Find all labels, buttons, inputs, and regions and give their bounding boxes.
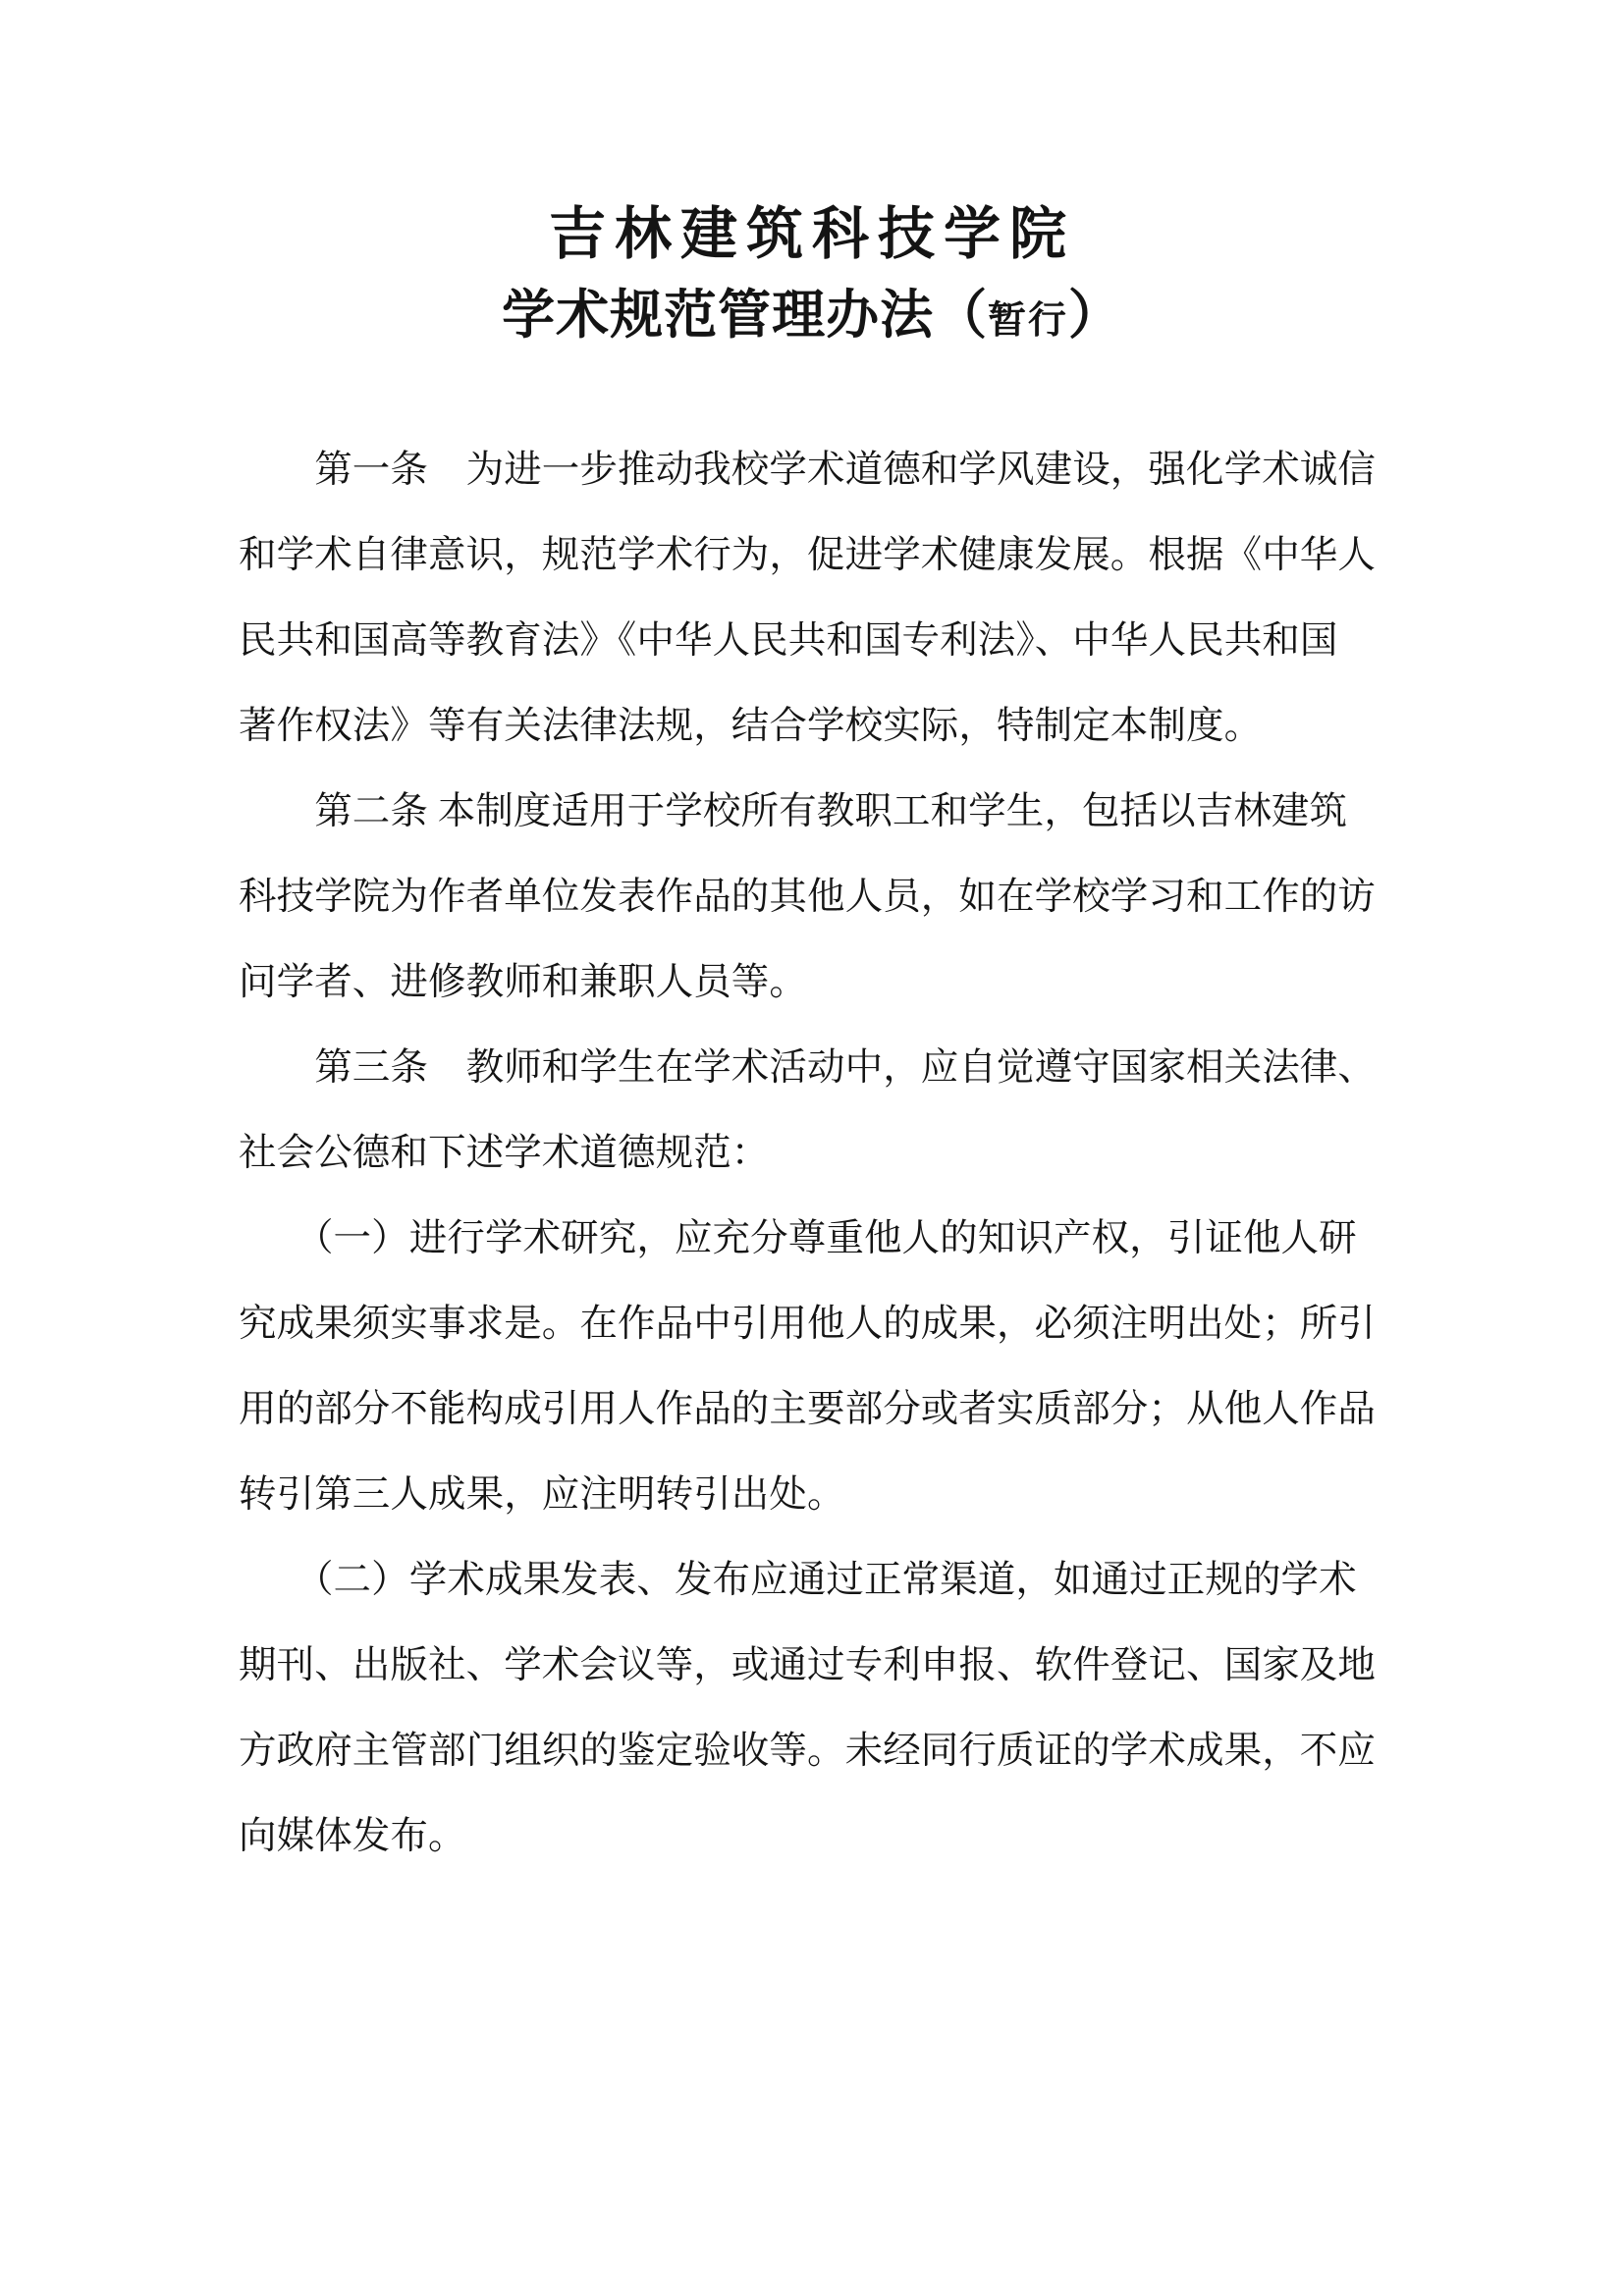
document-line: （一）进行学术研究，应充分尊重他人的知识产权，引证他人研: [239, 1197, 1397, 1282]
document-body: 第一条 为进一步推动我校学术道德和学风建设，强化学术诚信 和学术自律意识，规范学…: [239, 428, 1397, 1880]
document-page: 吉林建筑科技学院 学术规范管理办法（暂行） 第一条 为进一步推动我校学术道德和学…: [0, 0, 1624, 2296]
document-line: 科技学院为作者单位发表作品的其他人员，如在学校学习和工作的访: [239, 855, 1397, 940]
document-line: 究成果须实事求是。在作品中引用他人的成果，必须注明出处；所引: [239, 1282, 1397, 1367]
subtitle-paren-close: ）: [1068, 286, 1122, 345]
document-line: 社会公德和下述学术道德规范：: [239, 1111, 1397, 1197]
document-line: 第三条 教师和学生在学术活动中，应自觉遵守国家相关法律、: [239, 1026, 1397, 1111]
document-line: 第一条 为进一步推动我校学术道德和学风建设，强化学术诚信: [239, 428, 1397, 513]
subtitle-paren-text: 暂行: [988, 299, 1068, 342]
document-line: 期刊、出版社、学术会议等，或通过专利申报、软件登记、国家及地: [239, 1624, 1397, 1709]
document-line: 著作权法》等有关法律法规，结合学校实际，特制定本制度。: [239, 684, 1397, 770]
document-line: 问学者、进修教师和兼职人员等。: [239, 940, 1397, 1026]
document-line: 转引第三人成果，应注明转引出处。: [239, 1453, 1397, 1538]
document-line: （二）学术成果发表、发布应通过正常渠道，如通过正规的学术: [239, 1538, 1397, 1624]
document-title: 吉林建筑科技学院: [0, 200, 1624, 269]
document-subtitle: 学术规范管理办法（暂行）: [0, 283, 1624, 349]
subtitle-main-text: 学术规范管理办法: [502, 286, 934, 345]
document-line: 第二条 本制度适用于学校所有教职工和学生，包括以吉林建筑: [239, 770, 1397, 855]
document-line: 和学术自律意识，规范学术行为，促进学术健康发展。根据《中华人: [239, 513, 1397, 599]
document-line: 民共和国高等教育法》《中华人民共和国专利法》、中华人民共和国: [239, 599, 1397, 684]
subtitle-paren-open: （: [934, 286, 988, 345]
document-line: 向媒体发布。: [239, 1794, 1397, 1880]
document-line: 用的部分不能构成引用人作品的主要部分或者实质部分；从他人作品: [239, 1367, 1397, 1453]
document-line: 方政府主管部门组织的鉴定验收等。未经同行质证的学术成果，不应: [239, 1709, 1397, 1794]
